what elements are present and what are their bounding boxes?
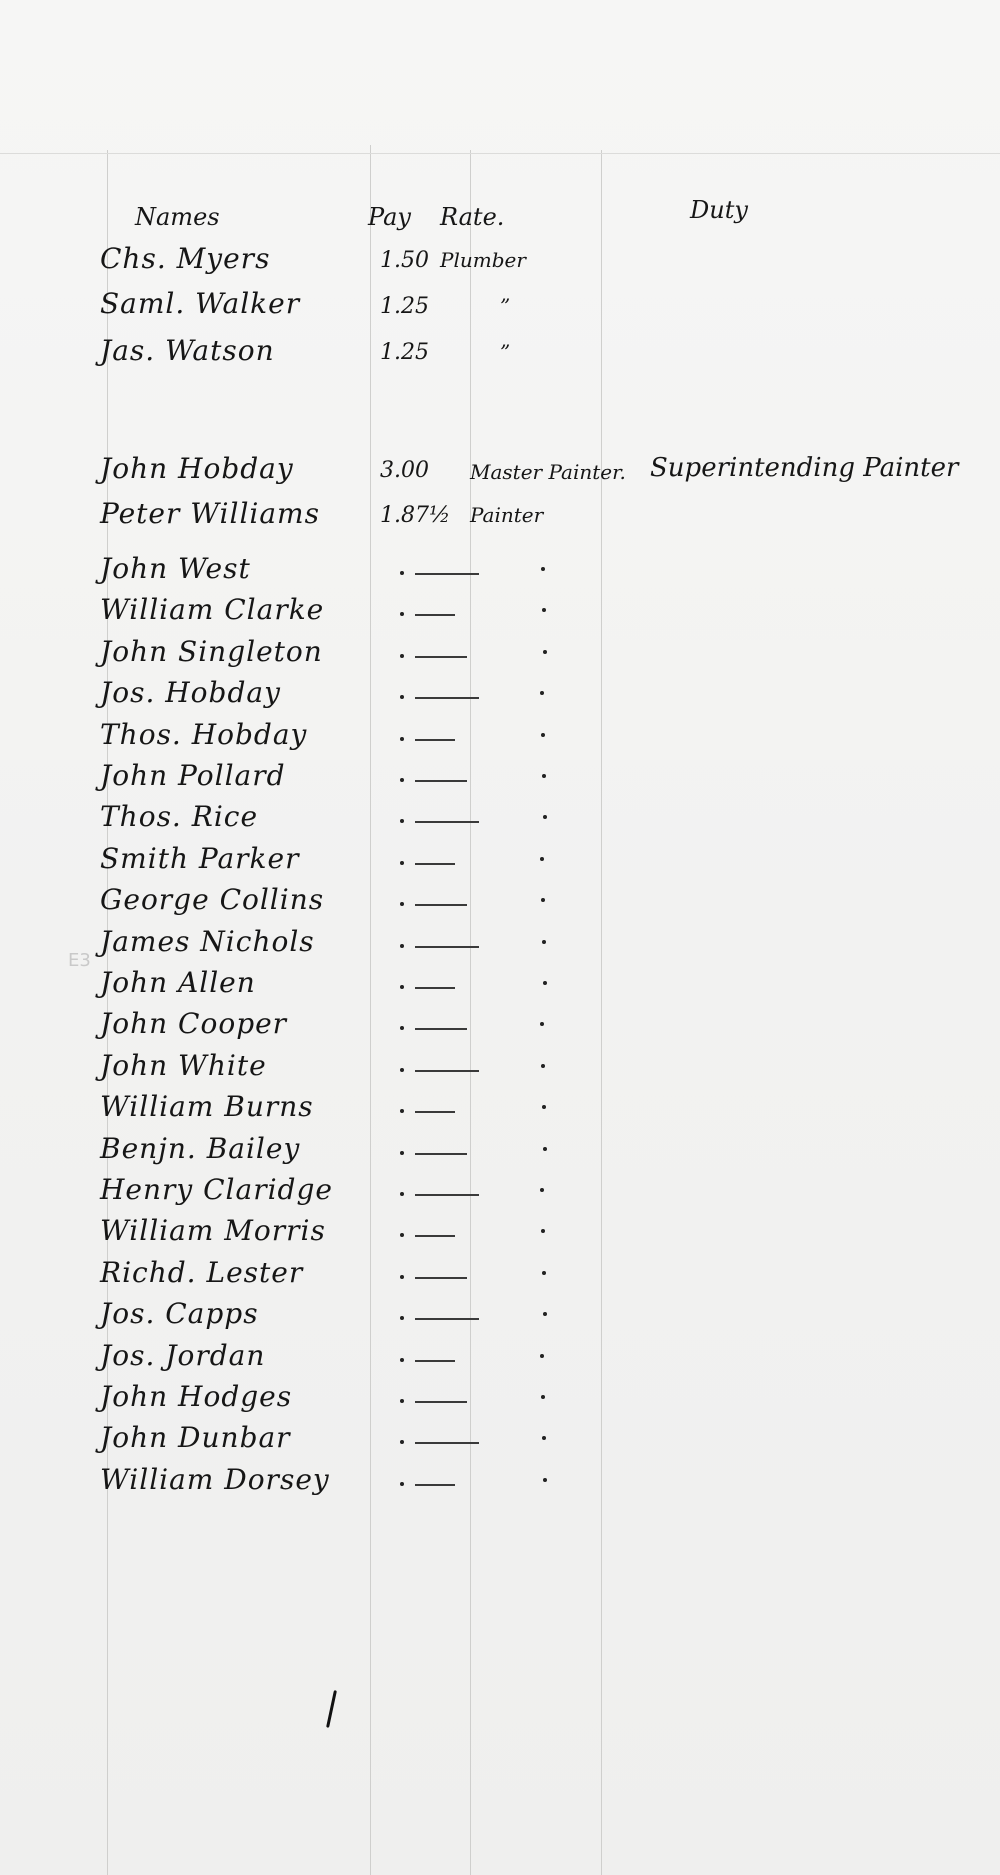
- ditto-line: [415, 863, 455, 865]
- margin-mark: E3: [68, 950, 91, 971]
- row-name: John White: [100, 1052, 267, 1080]
- row-name: Smith Parker: [100, 845, 299, 873]
- row-name: William Morris: [100, 1217, 326, 1245]
- row-pay: 1.25: [380, 296, 429, 318]
- ditto-mark-rate: [540, 1022, 544, 1026]
- ditto-mark-pay: [400, 695, 404, 699]
- row-name: William Burns: [100, 1093, 314, 1121]
- row-name: John Hodges: [100, 1383, 292, 1411]
- row-name: Peter Williams: [100, 500, 320, 528]
- ditto-mark-pay: [400, 1440, 404, 1444]
- header-rate: Rate.: [440, 205, 504, 229]
- ditto-mark-pay: [400, 861, 404, 865]
- ditto-line: [415, 656, 467, 658]
- ditto-mark-pay: [400, 902, 404, 906]
- ditto-line: [415, 780, 467, 782]
- row-rate: ”: [500, 296, 510, 316]
- ditto-line: [415, 1360, 455, 1362]
- row-name: Saml. Walker: [100, 290, 300, 318]
- ditto-line: [415, 1277, 467, 1279]
- column-rule-pay: [370, 145, 371, 1875]
- ditto-mark-pay: [400, 654, 404, 658]
- row-name: John West: [100, 555, 251, 583]
- ditto-line: [415, 1318, 479, 1320]
- row-name: Jos. Jordan: [100, 1342, 265, 1370]
- column-rule-rate: [470, 150, 471, 1875]
- row-name: Henry Claridge: [100, 1176, 333, 1204]
- row-name: Thos. Rice: [100, 803, 258, 831]
- header-names: Names: [135, 205, 220, 229]
- ditto-mark-pay: [400, 1358, 404, 1362]
- ditto-mark-rate: [541, 1229, 545, 1233]
- ditto-mark-rate: [540, 1354, 544, 1358]
- ditto-mark-rate: [543, 1312, 547, 1316]
- row-name: Jas. Watson: [100, 337, 275, 365]
- ditto-mark-rate: [540, 1188, 544, 1192]
- ditto-line: [415, 1401, 467, 1403]
- row-rate: Plumber: [440, 250, 526, 270]
- row-name: John Allen: [100, 969, 256, 997]
- ditto-mark-rate: [543, 1478, 547, 1482]
- ditto-mark-pay: [400, 1151, 404, 1155]
- row-pay: 1.87½: [380, 505, 450, 527]
- ditto-mark-pay: [400, 1399, 404, 1403]
- row-name: William Dorsey: [100, 1466, 330, 1494]
- ditto-mark-rate: [540, 857, 544, 861]
- ditto-mark-rate: [542, 608, 546, 612]
- row-name: James Nichols: [100, 928, 315, 956]
- header-pay: Pay: [368, 205, 411, 229]
- row-name: Benjn. Bailey: [100, 1135, 300, 1163]
- ditto-mark-pay: [400, 944, 404, 948]
- ditto-line: [415, 614, 455, 616]
- ditto-line: [415, 573, 479, 575]
- header-rule: [0, 153, 1000, 154]
- ditto-mark-rate: [541, 1395, 545, 1399]
- ditto-mark-pay: [400, 778, 404, 782]
- ditto-line: [415, 1028, 467, 1030]
- ditto-line: [415, 821, 479, 823]
- ditto-mark-rate: [541, 898, 545, 902]
- row-rate: ”: [500, 342, 510, 362]
- ditto-line: [415, 946, 479, 948]
- ditto-mark-rate: [542, 1105, 546, 1109]
- row-rate: Master Painter.: [470, 462, 626, 482]
- ditto-line: [415, 1111, 455, 1113]
- ditto-mark-rate: [541, 1064, 545, 1068]
- row-name: William Clarke: [100, 596, 324, 624]
- row-name: Chs. Myers: [100, 245, 270, 273]
- ditto-mark-pay: [400, 1026, 404, 1030]
- ditto-line: [415, 1194, 479, 1196]
- row-name: Richd. Lester: [100, 1259, 303, 1287]
- row-rate: Painter: [470, 505, 543, 525]
- row-pay: 1.25: [380, 342, 429, 364]
- ditto-mark-rate: [542, 1271, 546, 1275]
- ditto-mark-pay: [400, 1068, 404, 1072]
- row-name: Jos. Hobday: [100, 679, 281, 707]
- ditto-mark-rate: [541, 567, 545, 571]
- column-rule-duty: [601, 150, 602, 1875]
- ditto-line: [415, 697, 479, 699]
- ditto-mark-rate: [542, 1436, 546, 1440]
- ditto-mark-rate: [542, 940, 546, 944]
- ditto-mark-pay: [400, 612, 404, 616]
- header-duty: Duty: [690, 198, 748, 222]
- ditto-line: [415, 1153, 467, 1155]
- ditto-mark-rate: [543, 981, 547, 985]
- row-duty: Superintending Painter: [650, 455, 958, 481]
- ledger-page: E3 Names Pay Rate. Duty Chs. Myers 1.50 …: [0, 0, 1000, 1875]
- ditto-mark-pay: [400, 819, 404, 823]
- row-pay: 1.50: [380, 250, 429, 272]
- row-name: George Collins: [100, 886, 324, 914]
- row-name: John Cooper: [100, 1010, 287, 1038]
- row-name: John Singleton: [100, 638, 323, 666]
- ditto-mark-rate: [543, 650, 547, 654]
- ditto-mark-rate: [542, 774, 546, 778]
- closing-stroke: [326, 1690, 337, 1728]
- ditto-line: [415, 904, 467, 906]
- ditto-mark-pay: [400, 1109, 404, 1113]
- row-name: Thos. Hobday: [100, 721, 307, 749]
- row-name: Jos. Capps: [100, 1300, 259, 1328]
- ditto-mark-pay: [400, 571, 404, 575]
- ditto-line: [415, 739, 455, 741]
- ditto-line: [415, 987, 455, 989]
- ditto-mark-rate: [541, 733, 545, 737]
- ditto-mark-rate: [543, 815, 547, 819]
- ditto-mark-pay: [400, 1275, 404, 1279]
- ditto-mark-pay: [400, 1316, 404, 1320]
- ditto-mark-pay: [400, 737, 404, 741]
- ditto-mark-pay: [400, 1192, 404, 1196]
- row-name: John Pollard: [100, 762, 286, 790]
- row-name: John Hobday: [100, 455, 294, 483]
- row-name: John Dunbar: [100, 1424, 291, 1452]
- ditto-line: [415, 1442, 479, 1444]
- ditto-mark-pay: [400, 985, 404, 989]
- ditto-line: [415, 1235, 455, 1237]
- ditto-line: [415, 1070, 479, 1072]
- ditto-line: [415, 1484, 455, 1486]
- row-pay: 3.00: [380, 460, 429, 482]
- ditto-mark-rate: [540, 691, 544, 695]
- ditto-mark-pay: [400, 1233, 404, 1237]
- ditto-mark-rate: [543, 1147, 547, 1151]
- ditto-mark-pay: [400, 1482, 404, 1486]
